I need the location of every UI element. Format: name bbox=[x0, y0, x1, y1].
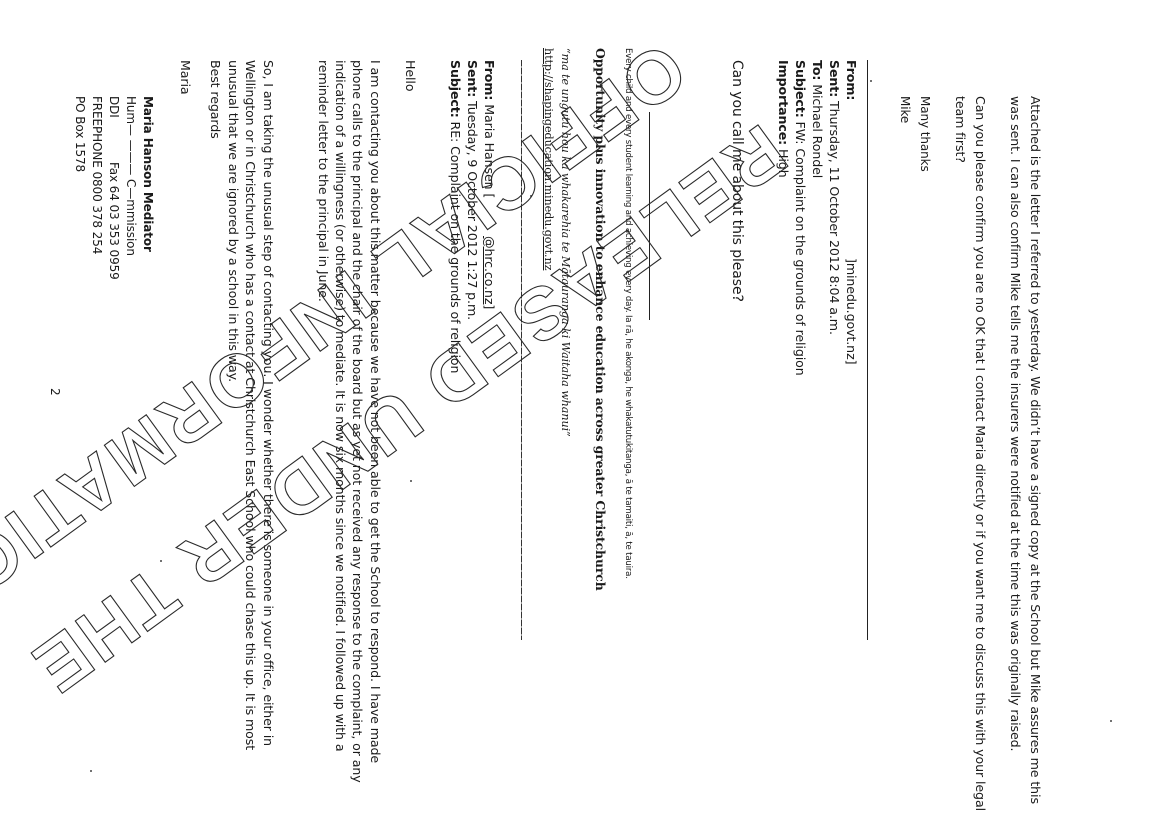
importance-value: High bbox=[776, 149, 791, 178]
signature-fax: Fax 64 03 353 0959 bbox=[107, 162, 121, 280]
scan-speck bbox=[410, 480, 412, 482]
para2-line: unusual that we are ignored by a school … bbox=[226, 60, 240, 382]
ministry-motto: Opportunity plus innovation to enhance e… bbox=[593, 48, 607, 591]
original-header-separator bbox=[521, 60, 522, 640]
subject-label: Subject: bbox=[448, 60, 463, 118]
email-signoff: Many thanks bbox=[918, 96, 932, 172]
scanned-document-page: Attached is the letter I referred to yes… bbox=[0, 0, 1172, 827]
page-number: 2 bbox=[48, 388, 62, 396]
para1-line: phone calls to the principal and the cha… bbox=[350, 60, 364, 783]
sent-label: Sent: bbox=[827, 60, 842, 97]
forward-question: Can you call me about this please? bbox=[730, 60, 744, 302]
sent-label: Sent: bbox=[465, 60, 480, 97]
greeting: Hello bbox=[403, 60, 417, 91]
closing: Best regards bbox=[208, 60, 222, 139]
scan-speck bbox=[160, 560, 162, 562]
from-label: From: bbox=[844, 60, 859, 100]
forward-sent-row: Sent: Thursday, 11 October 2012 8:04 a.m… bbox=[827, 60, 841, 335]
sent-value: Tuesday, 9 October 2012 1:27 p.m. bbox=[465, 101, 480, 320]
subject-value: RE: Complaint on the grounds of religion bbox=[448, 122, 463, 374]
email-signature: Mike bbox=[898, 96, 912, 123]
signature-ddi: DDI bbox=[107, 96, 121, 118]
maori-quote: “ma te ungutu hou ka whakarehia te Mātau… bbox=[558, 48, 572, 437]
sent-value: Thursday, 11 October 2012 8:04 a.m. bbox=[827, 101, 842, 335]
original-subject-row: Subject: RE: Complaint on the grounds of… bbox=[448, 60, 462, 373]
email-question-line: team first? bbox=[953, 96, 967, 163]
email-body-line: Attached is the letter I referred to yes… bbox=[1028, 96, 1042, 804]
email-body-line: was sent. I can also confirm Mike tells … bbox=[1008, 96, 1022, 751]
forward-subject-row: Subject: FW: Complaint on the grounds of… bbox=[793, 60, 807, 376]
to-value: Michael Rondel bbox=[810, 84, 825, 178]
para2-line: Wellington or in Christchurch who has a … bbox=[243, 60, 257, 750]
importance-label: Importance: bbox=[776, 60, 791, 145]
para1-line: reminder letter to the principal in June… bbox=[316, 60, 330, 302]
signature-po-box: PO Box 1578 bbox=[73, 96, 87, 172]
para1-line: I am contacting you about this matter be… bbox=[368, 60, 382, 763]
to-label: To: bbox=[810, 60, 825, 80]
footer-rule bbox=[649, 112, 650, 320]
original-from-email[interactable]: @hrc.co.nz] bbox=[482, 236, 496, 309]
closing-name: Maria bbox=[178, 60, 192, 94]
from-value: Maria Hansen [ bbox=[482, 104, 497, 198]
scan-speck bbox=[90, 770, 92, 772]
signature-organisation: Hum— ——— C—mmission bbox=[124, 96, 138, 256]
ministry-tagline: Every child and every student learning a… bbox=[621, 48, 635, 579]
forward-importance-row: Importance: High bbox=[776, 60, 790, 178]
original-from-row: From: Maria Hansen [ bbox=[482, 60, 496, 198]
forward-from-row: From: bbox=[844, 60, 858, 100]
forward-to-row: To: Michael Rondel bbox=[810, 60, 824, 178]
subject-value: FW: Complaint on the grounds of religion bbox=[793, 122, 808, 376]
original-sent-row: Sent: Tuesday, 9 October 2012 1:27 p.m. bbox=[465, 60, 479, 320]
oia-release-stamp: RELEASED UNDER THE OFFICIAL INFORMATION … bbox=[0, 0, 1172, 827]
scan-speck bbox=[1110, 720, 1112, 722]
email-question-line: Can you please confirm you are no OK tha… bbox=[973, 96, 987, 811]
signature-name-title: Maria Hanson Mediator bbox=[141, 96, 155, 252]
signature-freephone: FREEPHONE 0800 378 254 bbox=[90, 96, 104, 254]
subject-label: Subject: bbox=[793, 60, 808, 118]
header-separator bbox=[867, 60, 868, 640]
from-email-fragment: ]minedu.govt.nz] bbox=[844, 258, 858, 364]
from-label: From: bbox=[482, 60, 497, 100]
para1-line: indication of a willingness (or otherwis… bbox=[333, 60, 347, 751]
shaping-education-link[interactable]: http://shapingeducation.minedu.govt.nz bbox=[541, 48, 555, 270]
scan-speck bbox=[530, 195, 532, 197]
para2-line: So, I am taking the unusual step of cont… bbox=[261, 60, 275, 746]
scan-speck bbox=[870, 80, 872, 82]
